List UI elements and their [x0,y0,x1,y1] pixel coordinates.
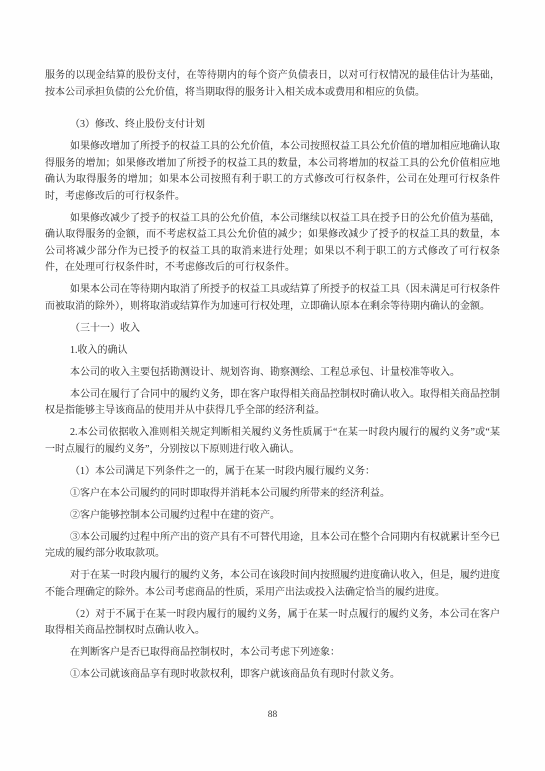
section-heading-modify-terminate-share-payment: （3）修改、终止股份支付计划 [45,117,500,134]
list-item-condition-2: ②客户能够控制本公司履约过程中在建的资产。 [45,508,500,525]
paragraph-cancellation-settlement: 如果本公司在等待期内取消了所授予的权益工具或结算了所授予的权益工具（因未满足可行… [45,282,500,315]
list-item-indicator-1: ①本公司就该商品享有现时收款权利，即客户就该商品负有现时付款义务。 [45,667,500,684]
paragraph-condition-intro: （1）本公司满足下列条件之一的，属于在某一时段内履行履约义务： [45,464,500,481]
document-page: 服务的以现金结算的股份支付，在等待期内的每个资产负债表日，以对可行权情况的最佳估… [0,0,545,771]
document-body: 服务的以现金结算的股份支付，在等待期内的每个资产负债表日，以对可行权情况的最佳估… [45,68,500,689]
list-item-condition-1: ①客户在本公司履约的同时即取得并消耗本公司履约所带来的经济利益。 [45,486,500,503]
paragraph-point-in-time: （2）对于不属于在某一时段内履行的履约义务，属于在某一时点履行的履约义务，本公司… [45,607,500,640]
paragraph-modification-decrease: 如果修改减少了授予的权益工具的公允价值，本公司继续以权益工具在授予日的公允价值为… [45,211,500,277]
paragraph-control-indicators-intro: 在判断客户是否已取得商品控制权时，本公司考虑下列迹象： [45,645,500,662]
page-number: 88 [0,710,545,720]
paragraph-progress-method: 对于在某一时段内履行的履约义务，本公司在该段时间内按照履约进度确认收入，但是，履… [45,568,500,601]
paragraph-performance-obligation: 本公司在履行了合同中的履约义务，即在客户取得相关商品控制权时确认收入。取得相关商… [45,387,500,420]
paragraph-revenue-standard-judgment: 2.本公司依据收入准则相关规定判断相关履约义务性质属于“在某一时段内履行的履约义… [45,425,500,458]
paragraph-revenue-scope: 本公司的收入主要包括勘测设计、规划咨询、勘察测绘、工程总承包、计量校准等收入。 [45,365,500,382]
paragraph-continuation-cash-settled-share-payment: 服务的以现金结算的股份支付，在等待期内的每个资产负债表日，以对可行权情况的最佳估… [45,68,500,101]
subsection-heading-revenue-recognition: 1.收入的确认 [45,343,500,360]
section-heading-revenue: （三十一）收入 [45,321,500,338]
paragraph-modification-increase: 如果修改增加了所授予的权益工具的公允价值，本公司按照权益工具公允价值的增加相应地… [45,139,500,205]
list-item-condition-3: ③本公司履约过程中所产出的资产具有不可替代用途，且本公司在整个合同期内有权就累计… [45,530,500,563]
